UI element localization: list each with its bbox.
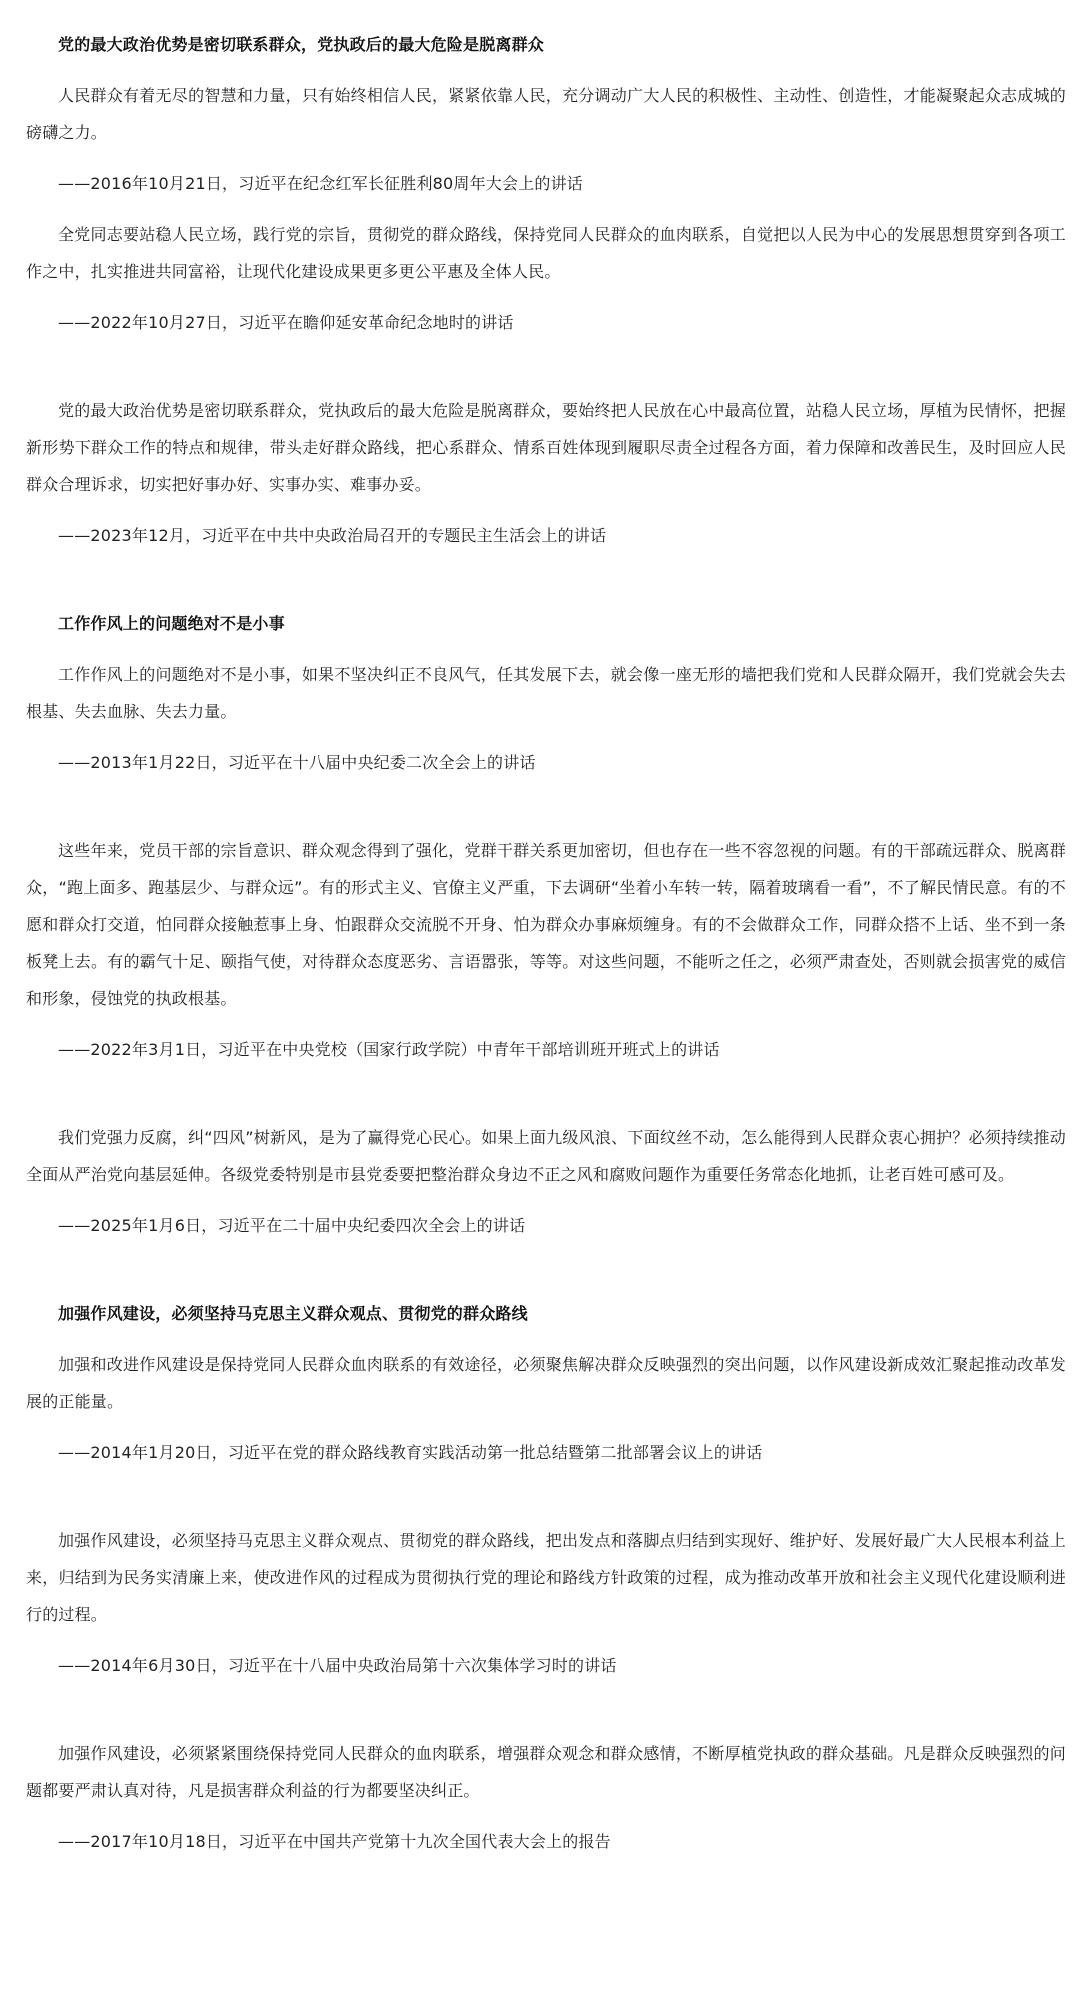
quote-source: ——2016年10月21日，习近平在纪念红军长征胜利80周年大会上的讲话 [26,165,1066,202]
section-divider [26,1258,1066,1295]
quote-text: 人民群众有着无尽的智慧和力量，只有始终相信人民，紧紧依靠人民，充分调动广大人民的… [26,77,1066,151]
article-body: 党的最大政治优势是密切联系群众，党执政后的最大危险是脱离群众 人民群众有着无尽的… [0,0,1092,1860]
section-3: 加强作风建设，必须坚持马克思主义群众观点、贯彻党的群众路线 加强和改进作风建设是… [26,1295,1066,1860]
quote-source: ——2022年10月27日，习近平在瞻仰延安革命纪念地时的讲话 [26,304,1066,341]
quote-text: 党的最大政治优势是密切联系群众，党执政后的最大危险是脱离群众，要始终把人民放在心… [26,392,1066,503]
quote-source: ——2023年12月，习近平在中共中央政治局召开的专题民主生活会上的讲话 [26,517,1066,554]
quote-source: ——2017年10月18日，习近平在中国共产党第十九次全国代表大会上的报告 [26,1823,1066,1860]
quote-source: ——2014年6月30日，习近平在十八届中央政治局第十六次集体学习时的讲话 [26,1647,1066,1684]
section-divider [26,568,1066,605]
spacer [26,795,1066,832]
section-2: 工作作风上的问题绝对不是小事 工作作风上的问题绝对不是小事，如果不坚决纠正不良风… [26,605,1066,1244]
quote-text: 这些年来，党员干部的宗旨意识、群众观念得到了强化，党群干群关系更加密切，但也存在… [26,832,1066,1017]
quote-source: ——2025年1月6日，习近平在二十届中央纪委四次全会上的讲话 [26,1207,1066,1244]
spacer [26,1698,1066,1735]
spacer [26,1485,1066,1522]
section-heading: 加强作风建设，必须坚持马克思主义群众观点、贯彻党的群众路线 [26,1295,1066,1332]
quote-text: 全党同志要站稳人民立场，践行党的宗旨，贯彻党的群众路线，保持党同人民群众的血肉联… [26,216,1066,290]
quote-text: 工作作风上的问题绝对不是小事，如果不坚决纠正不良风气，任其发展下去，就会像一座无… [26,656,1066,730]
quote-text: 加强作风建设，必须紧紧围绕保持党同人民群众的血肉联系，增强群众观念和群众感情，不… [26,1735,1066,1809]
quote-text: 我们党强力反腐，纠“四风”树新风，是为了赢得党心民心。如果上面九级风浪、下面纹丝… [26,1119,1066,1193]
quote-text: 加强作风建设，必须坚持马克思主义群众观点、贯彻党的群众路线，把出发点和落脚点归结… [26,1522,1066,1633]
quote-source: ——2013年1月22日，习近平在十八届中央纪委二次全会上的讲话 [26,744,1066,781]
spacer [26,355,1066,392]
quote-source: ——2022年3月1日，习近平在中央党校（国家行政学院）中青年干部培训班开班式上… [26,1031,1066,1068]
quote-source: ——2014年1月20日，习近平在党的群众路线教育实践活动第一批总结暨第二批部署… [26,1434,1066,1471]
quote-text: 加强和改进作风建设是保持党同人民群众血肉联系的有效途径，必须聚焦解决群众反映强烈… [26,1346,1066,1420]
section-1: 党的最大政治优势是密切联系群众，党执政后的最大危险是脱离群众 人民群众有着无尽的… [26,26,1066,554]
spacer [26,1082,1066,1119]
section-heading: 工作作风上的问题绝对不是小事 [26,605,1066,642]
section-heading: 党的最大政治优势是密切联系群众，党执政后的最大危险是脱离群众 [26,26,1066,63]
